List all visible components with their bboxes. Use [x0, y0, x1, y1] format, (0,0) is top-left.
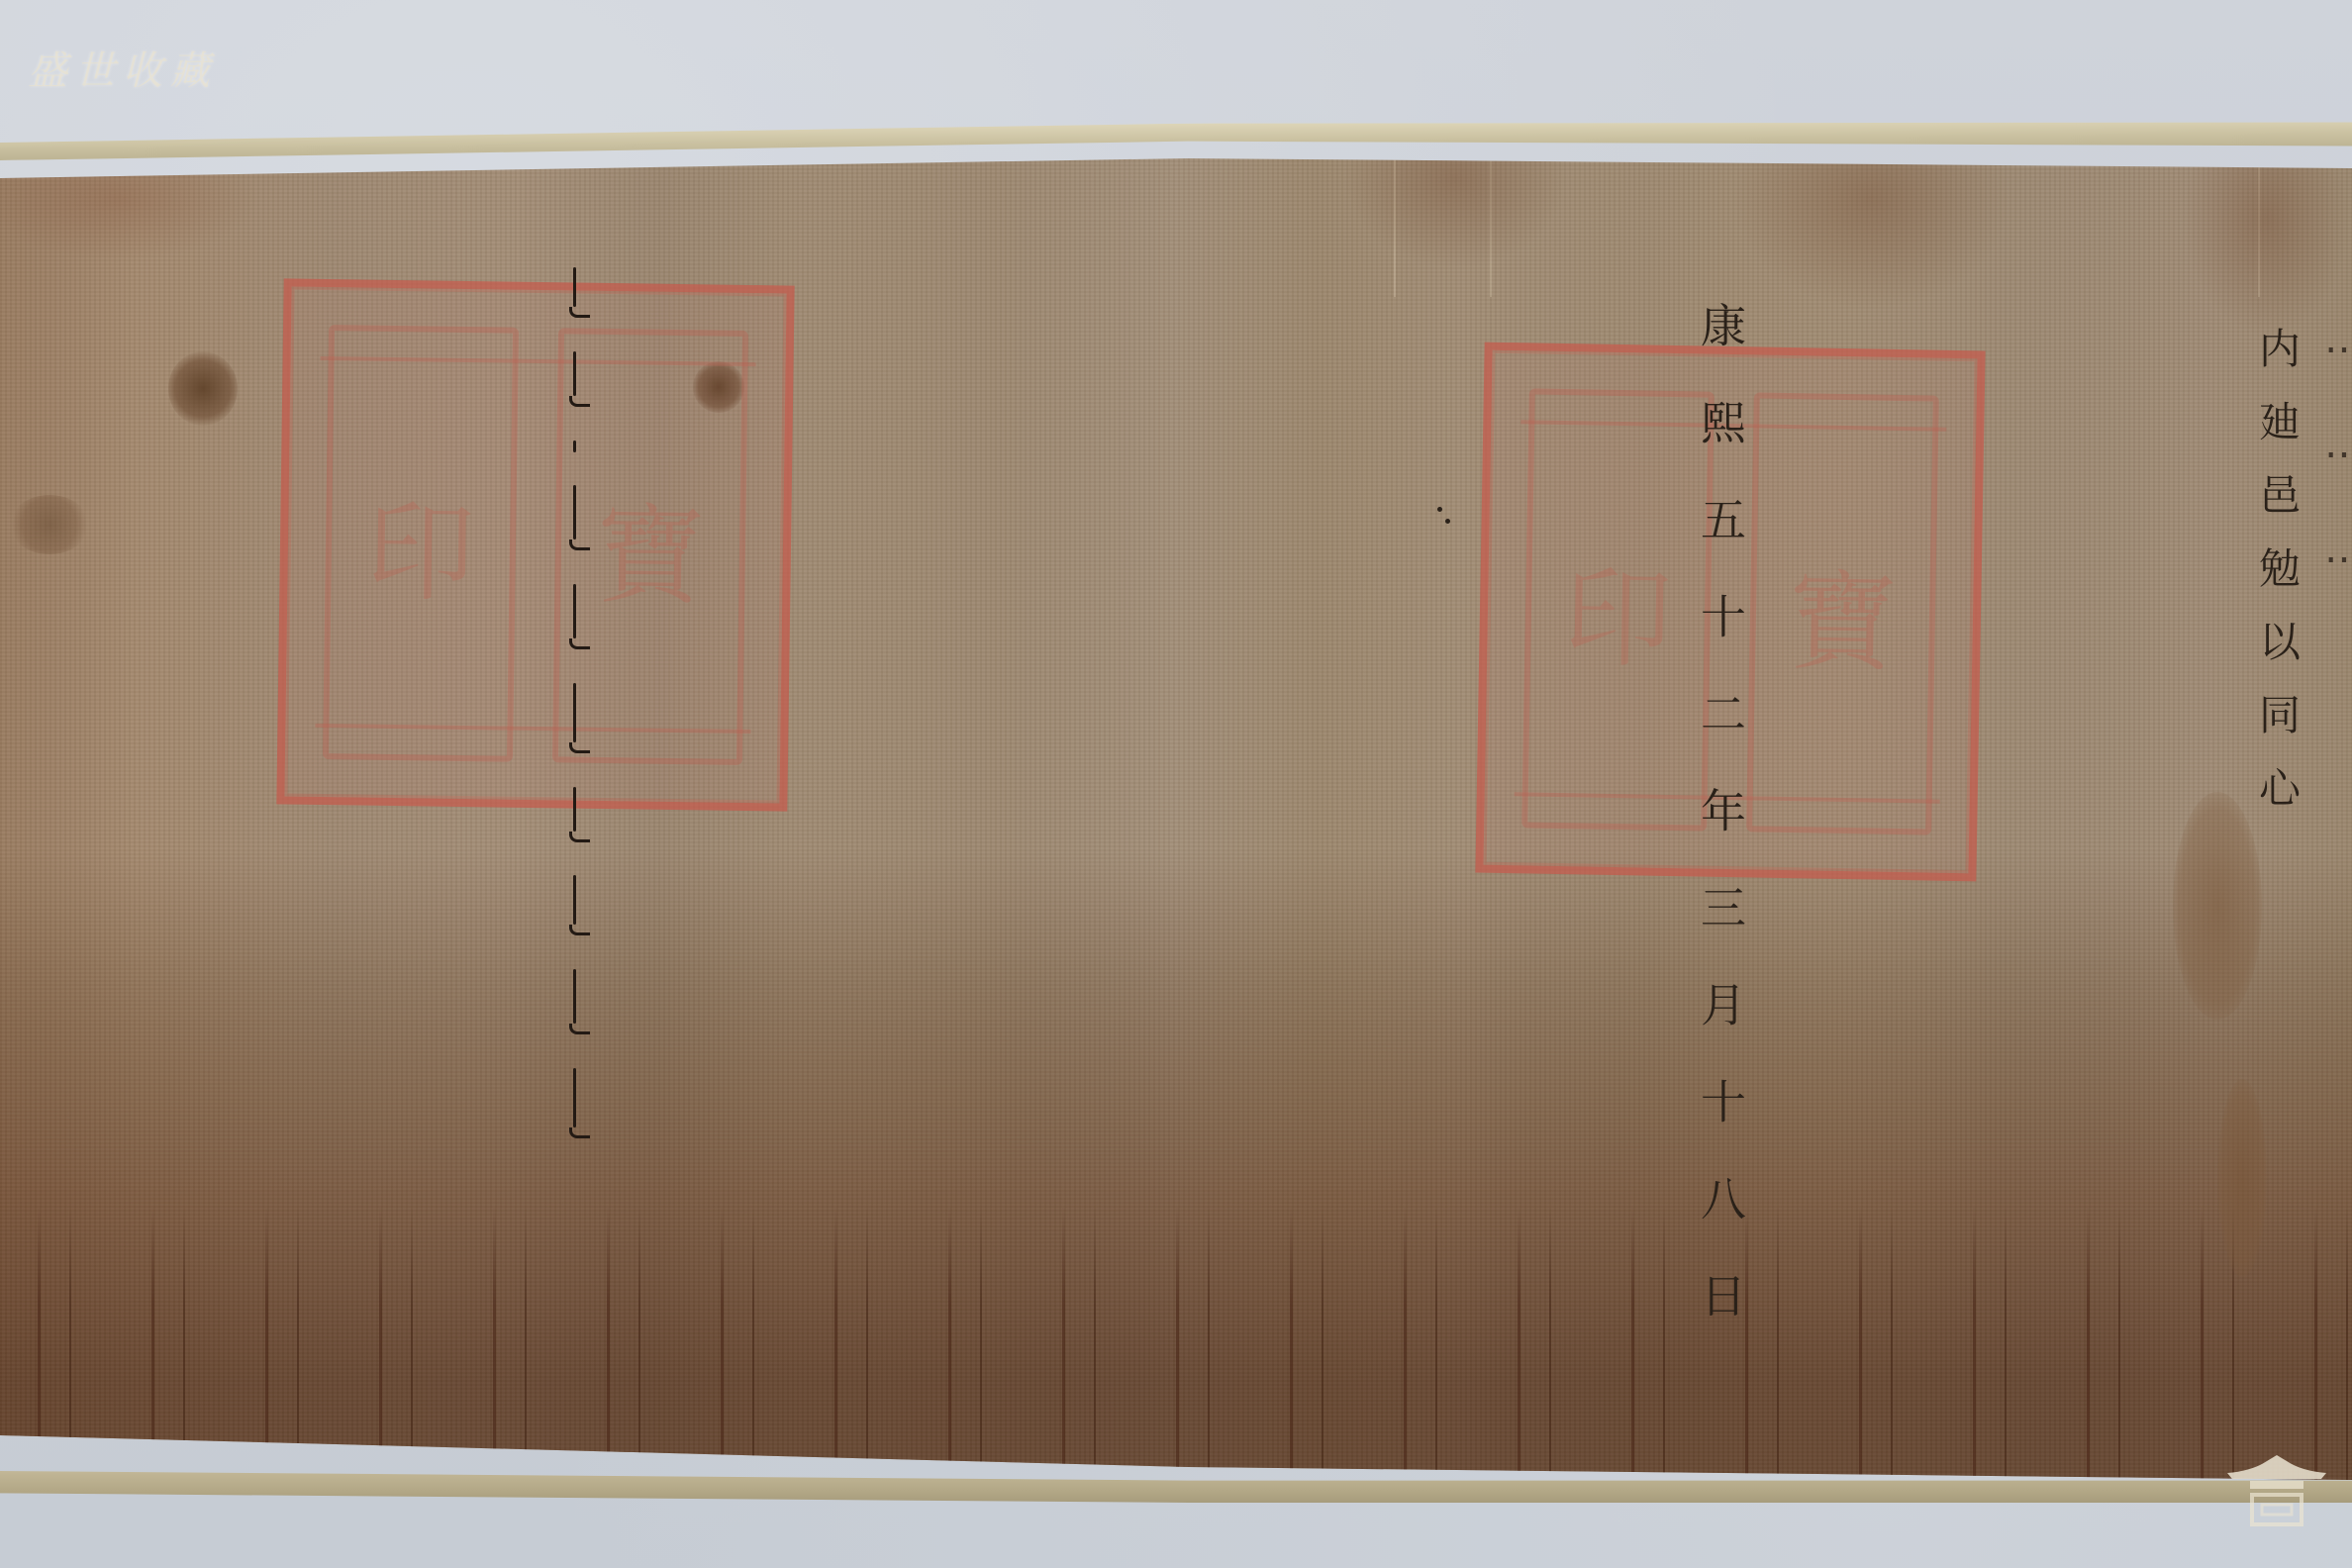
seal-glyph: 印: [1521, 388, 1715, 831]
scroll-top-edge: [0, 116, 2352, 160]
date-column: 康熙五十二年三月十八日: [1688, 302, 1753, 1369]
edict-text-column: 内廸邑勉以同心: [2247, 327, 2306, 839]
edict-text-column-partial: ⋯⋯⋯: [2321, 327, 2352, 641]
stain-spot-left: [168, 351, 238, 426]
manchu-word: [561, 441, 587, 452]
ink-dot: [1445, 519, 1450, 524]
pavilion-logo-icon: [2222, 1455, 2331, 1534]
manchu-word: [561, 584, 587, 649]
manchu-word: [561, 875, 587, 935]
seal-glyph: 印: [323, 325, 519, 762]
manchu-word: [561, 351, 587, 407]
manchu-word: [561, 267, 587, 318]
manchu-word: [561, 485, 587, 550]
manchu-word: [561, 1068, 587, 1138]
bottom-damage-streaks: [0, 1208, 2352, 1485]
top-fraying: [0, 158, 2352, 297]
stain-spot-far-left: [10, 495, 89, 554]
manchu-word: [561, 969, 587, 1034]
ink-dot: [1437, 507, 1442, 512]
watermark: 盛世收藏: [28, 40, 218, 96]
manchu-text-column: [549, 267, 599, 1138]
stain-drip-right-lower: [2217, 1079, 2267, 1277]
manchu-word: [561, 683, 587, 753]
left-imperial-seal: 印 寶: [276, 278, 794, 811]
seal-glyph: 寶: [1746, 392, 1939, 834]
manchu-word: [561, 787, 587, 842]
